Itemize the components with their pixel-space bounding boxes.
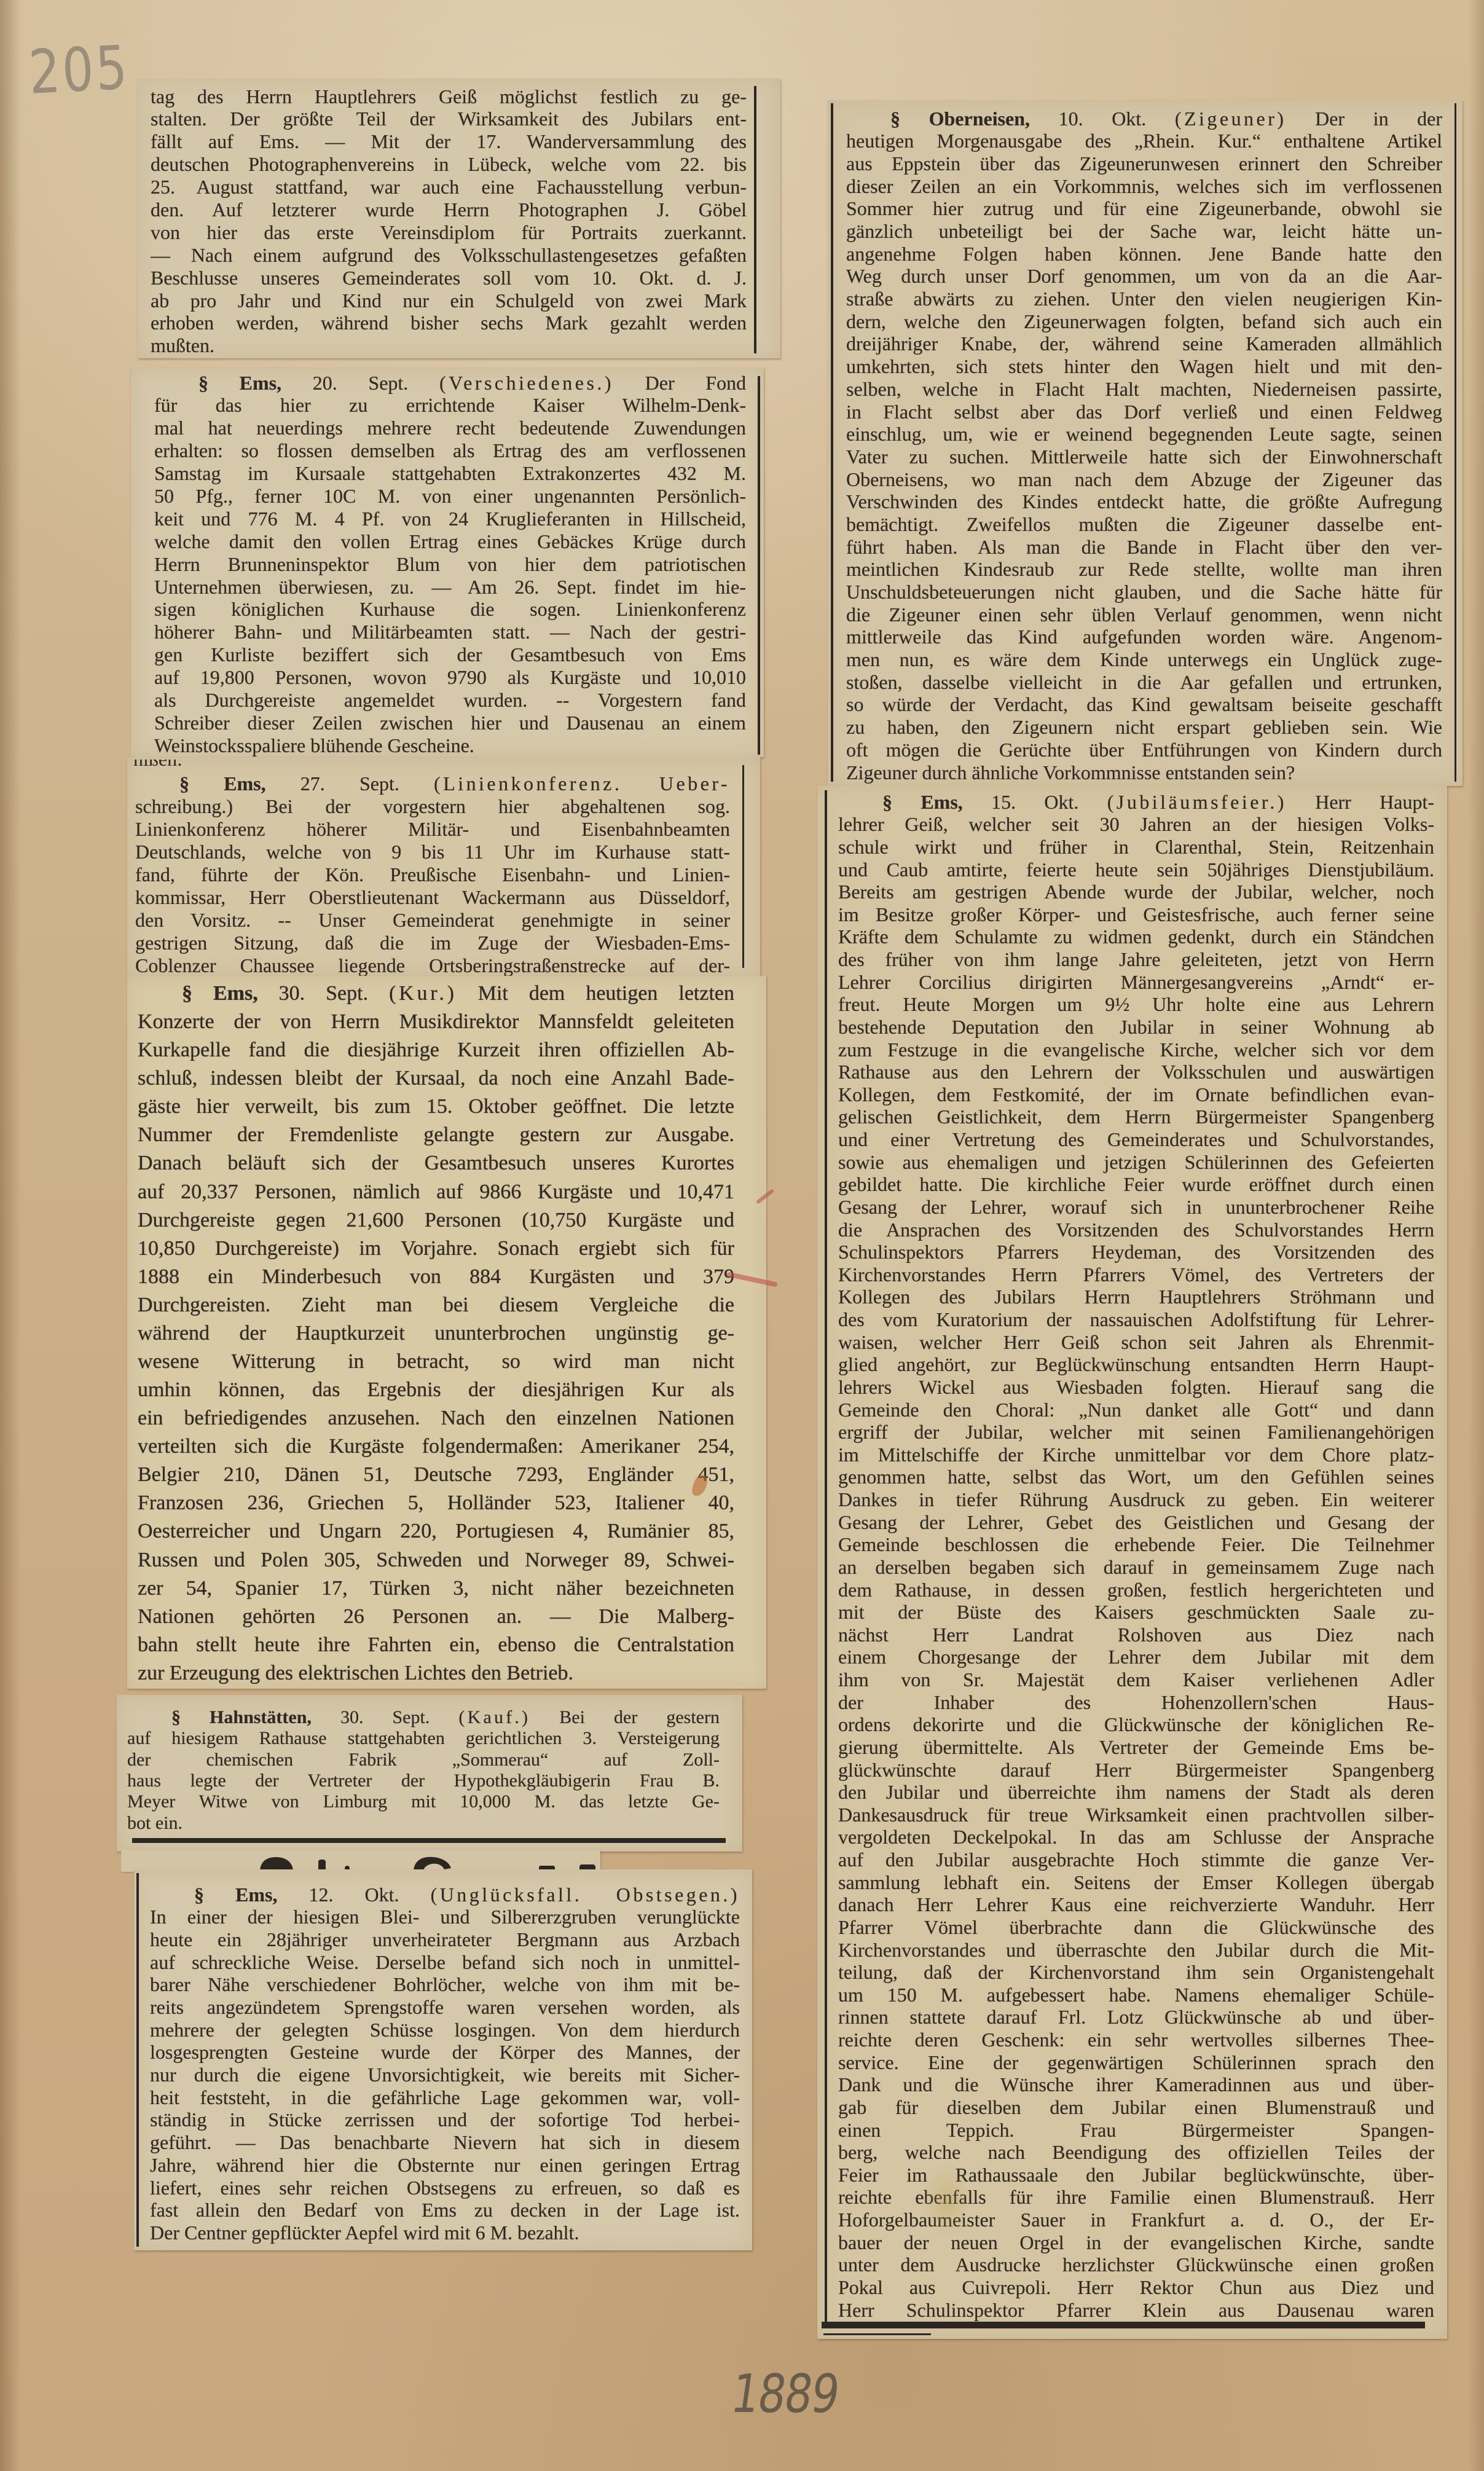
text-line: dreijähriger Knabe, der, während seine K…: [846, 332, 1442, 355]
handwritten-page-number: 205: [27, 33, 131, 108]
text-line: im Besitze großer Körper- und Geistesfri…: [838, 903, 1434, 926]
text-line: service. Eine der gegenwärtigen Schüleri…: [838, 2051, 1434, 2074]
text-line: Franzosen 236, Griechen 5, Holländer 523…: [138, 1489, 734, 1517]
text-line: Kollegen, dem Festkomité, der im Ornate …: [838, 1083, 1434, 1106]
text-line: bahn stellt heute ihre Fahrten ein, eben…: [138, 1631, 734, 1659]
text-line: umkehrten, sich stets hinter den Wagen h…: [846, 355, 1442, 378]
text-line: heutigen Morgenausgabe des „Rhein. Kur.“…: [846, 130, 1442, 152]
text-line: bestehende Deputation den Jubilar in sei…: [838, 1016, 1434, 1039]
text-line: zer 54, Spanier 17, Türken 3, nicht nähe…: [138, 1574, 734, 1603]
text-line: Beschlusse unseres Gemeinderates soll vo…: [151, 267, 747, 289]
headline-topic: (Kauf.): [458, 1707, 530, 1727]
text-line: 25. August stattfand, war auch eine Fach…: [151, 176, 747, 198]
headline-place: Ems,: [921, 791, 962, 813]
text-line: reichte deren Geschenk: ein sehr wertvol…: [838, 2029, 1434, 2051]
headline-date: 27. Sept.: [300, 772, 399, 795]
clipping-ems-27-sept: nißen: § Ems, 27. Sept. (Linienkonferenz…: [127, 757, 760, 977]
column-rule: [754, 86, 756, 353]
headline-place: Ems,: [235, 1884, 277, 1906]
text-line: fast allein den Bedarf von Ems zu decken…: [150, 2199, 740, 2222]
text-line: gab für dieselben dem Jubilar einen Blum…: [838, 2096, 1434, 2119]
headline-rest: Der Fond: [645, 372, 746, 394]
page-edge-shadow-left: [0, 0, 21, 2471]
text-line: einschlug, um, wie er weinend begegnende…: [846, 423, 1442, 446]
text-line: angenehme Folgen haben können. Jene Band…: [846, 243, 1442, 265]
text-line: Herr Schulinspektor Pfarrer Klein aus Da…: [838, 2299, 1434, 2322]
headline-place: Ems,: [240, 372, 281, 394]
text-line: Nummer der Fremdenliste gelangte gestern…: [138, 1121, 734, 1149]
text-line: oft mögen die Gerüchte über Entführungen…: [846, 739, 1442, 761]
text-line: höherer Bahn- und Militärbeamten statt. …: [154, 621, 746, 643]
text-line: die Zigeuner einen sehr üblen Verlauf ge…: [846, 603, 1442, 626]
text-line: dern, welche den Zigeunerwagen folgten, …: [846, 310, 1442, 333]
text-line: mußten.: [151, 334, 747, 357]
headline-date: 30. Sept.: [279, 982, 368, 1005]
text-line: deutschen Photographenvereins in Lübeck,…: [151, 153, 747, 176]
text-line: Herrn Brunneninspektor Blum von hier dem…: [154, 553, 746, 576]
text-line: als Durchgereiste angemeldet wurden. -- …: [154, 689, 746, 712]
headline-rest: Bei der gestern: [559, 1707, 720, 1727]
text-line: ihm von Sr. Majestät dem Kaiser verliehe…: [838, 1668, 1434, 1691]
text-line: welche damit den vollen Ertrag eines Geb…: [154, 530, 746, 553]
text-line: Belgier 210, Dänen 51, Deutsche 7293, En…: [138, 1461, 734, 1489]
text-line: heit feststeht, in die gefährliche Lage …: [150, 2086, 740, 2109]
headline-topic: (Linienkonferenz. Ueber-: [434, 772, 730, 795]
text-line: barer Nähe verschiedener Bohrlöcher, wel…: [150, 1973, 740, 1996]
text-line: Vater zu suchen. Mittlerweile hatte sich…: [846, 446, 1442, 468]
column-rule-left: [825, 790, 827, 2322]
text-line: um 150 M. aufgebessert habe. Namens ehem…: [838, 1984, 1434, 2006]
text-line: ergriff der Jubilar, welcher mit seinen …: [838, 1421, 1434, 1444]
headline-mark: §: [171, 1707, 181, 1727]
text-line: im Mittelschiffe der Kirche unmittelbar …: [838, 1444, 1434, 1466]
text-line: gierung übermittelte. Als Vertreter der …: [838, 1736, 1434, 1759]
headline-line: § Oberneisen, 10. Okt. (Zigeuner) Der in…: [846, 108, 1442, 130]
text-line: gäste hier verweilt, bis zum 15. Oktober…: [138, 1093, 734, 1121]
clipping-text: § Hahnstätten, 30. Sept. (Kauf.) Bei der…: [127, 1707, 720, 1834]
text-line: nächst Herr Landrat Rolshoven aus Diez n…: [838, 1624, 1434, 1646]
text-line: lehrer Geiß, welcher seit 30 Jahren an d…: [838, 813, 1434, 836]
text-line: Kräfte dem Schulamte zu widmen gedenkt, …: [838, 925, 1434, 948]
text-line: Oesterreicher und Ungarn 220, Portugiese…: [138, 1517, 734, 1546]
text-line: Deutschlands, welche von 9 bis 11 Uhr im…: [135, 841, 730, 863]
text-line: Kollegen des Jubilars Herrn Hauptlehrers…: [838, 1286, 1434, 1308]
text-line: Linienkonferenz höherer Militär- und Eis…: [135, 818, 730, 841]
text-line: Samstag im Kursaale stattgehabten Extrak…: [154, 462, 746, 485]
text-line: Gemeinde beschlossen die erhebende Feier…: [838, 1533, 1434, 1556]
text-line: rinnen stattete darauf Frl. Lotz Glückwü…: [838, 2006, 1434, 2029]
text-line: an derselben begaben sich darauf in geme…: [838, 1556, 1434, 1579]
text-line: auf schreckliche Weise. Derselbe befand …: [150, 1951, 740, 1974]
text-line: gestrigen Sitzung, daß die im Zuge der W…: [135, 932, 730, 954]
text-line: 1888 ein Minderbesuch von 884 Kurgästen …: [138, 1263, 734, 1291]
text-line: fand, führte der Kön. Preußische Eisenba…: [135, 863, 730, 886]
text-line: bot ein.: [127, 1813, 720, 1834]
clipping-ems-30-sept-kur: § Ems, 30. Sept. (Kur.) Mit dem heutigen…: [127, 976, 766, 1689]
text-line: losgesprengten Gesteine wurde der Körper…: [150, 2041, 740, 2064]
text-line: Kirchenvorstandes und überraschte den Ju…: [838, 1939, 1434, 1962]
text-line: schreibung.) Bei der vorgestern hier abg…: [135, 795, 730, 818]
text-line: Unternehmen überwiesen, zu. — Am 26. Sep…: [154, 576, 746, 599]
text-line: straße abwärts zu ziehen. Unter den viel…: [846, 288, 1442, 310]
text-line: glückwünschte darauf Herr Bürgermeister …: [838, 1759, 1434, 1782]
text-line: Dankes in tiefer Rührung Ausdruck zu geb…: [838, 1488, 1434, 1511]
clipping-jubilee-preparation-continuation: tag des Herrn Hauptlehrers Geiß möglichs…: [138, 79, 780, 358]
clipping-oberneisen-10-okt: § Oberneisen, 10. Okt. (Zigeuner) Der in…: [828, 100, 1462, 786]
clipping-ems-15-okt-jubilaeum: § Ems, 15. Okt. (Jubiläumsfeier.) Herr H…: [817, 785, 1447, 2339]
headline-rest: Mit dem heutigen letzten: [478, 982, 734, 1005]
text-line: kommissar, Herr Oberstlieutenant Wackerm…: [135, 886, 730, 909]
text-line: den Jubilar und überreichte ihm namens d…: [838, 1781, 1434, 1804]
headline-date: 10. Okt.: [1059, 108, 1147, 130]
clipping-hahnstaetten-30-sept: § Hahnstätten, 30. Sept. (Kauf.) Bei der…: [117, 1695, 742, 1852]
clipping-text: § Ems, 20. Sept. (Verschiedenes.) Der Fo…: [154, 372, 746, 757]
text-line: Weinstocksspaliere blühende Gescheine.: [154, 734, 746, 757]
text-line: erhalten: so flossen demselben als Ertra…: [154, 439, 746, 462]
text-line: so würde der Verdacht, das Kind gewaltsa…: [846, 693, 1442, 716]
text-line: gen Kurliste beziffert sich der Gesamtbe…: [154, 643, 746, 666]
headline-place: Ems,: [224, 772, 265, 795]
text-line: stalten. Der größte Teil der Wirksamkeit…: [151, 108, 747, 130]
text-line: haus legte der Vertreter der Hypothekglä…: [127, 1770, 720, 1791]
text-line: Schulinspektors Pfarrers Heydeman, des V…: [838, 1241, 1434, 1263]
text-line: ständig in Stücke zerrissen und der sofo…: [150, 2108, 740, 2131]
text-line: von hier das erste Vereinsdiplom für Por…: [151, 221, 747, 244]
text-line: Sommer hier zutrug und für eine Zigeuner…: [846, 197, 1442, 220]
text-line: sigen königlichen Kurhause die sogen. Li…: [154, 598, 746, 621]
text-line: für das hier zu errichtende Kaiser Wilhe…: [154, 394, 746, 417]
text-line: gänzlich unbeteiligt bei der Sache war, …: [846, 220, 1442, 243]
clipping-ems-12-okt: § Ems, 12. Okt. (Unglücksfall. Obstsegen…: [134, 1869, 752, 2250]
text-line: In einer der hiesigen Blei- und Silberer…: [150, 1906, 740, 1928]
text-line: Russen und Polen 305, Schweden und Norwe…: [138, 1546, 734, 1574]
text-line: lehrers Wickel aus Wiesbaden folgten. Hi…: [838, 1376, 1434, 1399]
text-line: die Ansprachen des Vorsitzenden des Schu…: [838, 1219, 1434, 1241]
headline-mark: §: [198, 372, 208, 394]
headline-line: § Ems, 30. Sept. (Kur.) Mit dem heutigen…: [138, 980, 734, 1008]
text-line: Weg durch unser Dorf genommen, um von da…: [846, 265, 1442, 288]
text-line: auf 20,337 Personen, nämlich auf 9866 Ku…: [138, 1178, 734, 1206]
text-line: Coblenzer Chaussee liegende Ortsberingst…: [135, 954, 730, 977]
headline-topic: (Zigeuner): [1175, 108, 1287, 130]
text-line: zum Festzuge in die evangelische Kirche,…: [838, 1039, 1434, 1061]
text-line: freut. Heute Morgen um 9½ Uhr holte eine…: [838, 993, 1434, 1016]
column-rule: [742, 765, 744, 968]
cutoff-heading-fragment: [121, 1850, 600, 1872]
clipping-text: tag des Herrn Hauptlehrers Geiß möglichs…: [151, 85, 747, 358]
headline-line: § Hahnstätten, 30. Sept. (Kauf.) Bei der…: [127, 1707, 720, 1728]
text-line: Oberneisens, wo man nach dem Abzuge der …: [846, 468, 1442, 491]
text-line: umhin können, das Ergebnis der diesjähri…: [138, 1376, 734, 1404]
headline-line: § Ems, 15. Okt. (Jubiläumsfeier.) Herr H…: [838, 791, 1434, 814]
headline-topic: (Verschiedenes.): [439, 372, 614, 394]
text-line: vergoldeten Deckelpokal. In das am Schlu…: [838, 1826, 1434, 1848]
text-line: genommen hatte, selbst das Wort, um den …: [838, 1466, 1434, 1488]
text-line: liefert, eines sehr reichen Obstsegens z…: [150, 2177, 740, 2199]
headline-rest: Der in der: [1315, 108, 1442, 130]
text-line: unter dem Ausdrucke herzlichster Glückwü…: [838, 2253, 1434, 2276]
text-line: Kirchenvorstandes Herrn Pfarrers Vömel, …: [838, 1263, 1434, 1286]
text-line: Durchgereisten. Zieht man bei diesem Ver…: [138, 1291, 734, 1319]
cutoff-text-fragment: nißen:: [133, 760, 219, 769]
text-line: mit der Büste des Kaisers geschmückten S…: [838, 1601, 1434, 1624]
text-line: ordens dekorirte und die Glückwünsche de…: [838, 1713, 1434, 1736]
text-line: meintlichen Kindesraub zur Rede stellte,…: [846, 558, 1442, 581]
text-line: sammlung lebhaft ein. Seitens der Emser …: [838, 1871, 1434, 1894]
text-line: waisen, welcher Herr Geiß schon seit Jah…: [838, 1331, 1434, 1354]
column-rule-right: [1455, 103, 1456, 782]
text-line: den. Auf letzterer wurde Herrn Photograp…: [151, 198, 747, 221]
text-line: Unschuldsbeteuerungen nicht glauben, und…: [846, 581, 1442, 603]
text-line: berg, welche nach Beendigung des offizie…: [838, 2141, 1434, 2164]
column-rule-left: [831, 103, 833, 782]
handwritten-year: 1889: [728, 2363, 842, 2425]
text-line: nur durch die eigene Unvorsichtigkeit, w…: [150, 2064, 740, 2086]
text-line: während der Hauptkurzeit ununterbrochen …: [138, 1319, 734, 1348]
text-line: erhoben werden, während bisher sechs Mar…: [151, 312, 747, 334]
cutoff-heading-glyphs: [121, 1850, 600, 1872]
page-edge-shadow-right: [1468, 0, 1484, 2471]
text-line: keit und 776 M. 4 Pf. von 24 Krugliefera…: [154, 508, 746, 530]
text-line: der chemischen Fabrik „Sommerau“ auf Zol…: [127, 1750, 720, 1770]
text-line: Pokal aus Cuivrepoli. Herr Rektor Chun a…: [838, 2276, 1434, 2299]
text-line: schule wirkt und früher in Clarenthal, S…: [838, 836, 1434, 858]
text-line: ein befriedigendes anzusehen. Nach den e…: [138, 1404, 734, 1432]
headline-line: § Ems, 20. Sept. (Verschiedenes.) Der Fo…: [154, 372, 746, 395]
text-line: wesene Witterung in betracht, so wird ma…: [138, 1348, 734, 1376]
text-line: zu haben, den Zigeunern nicht erspart ge…: [846, 716, 1442, 739]
text-line: Kurkapelle fand die diesjährige Kurzeit …: [138, 1036, 734, 1064]
text-line: Gesang der Lehrer, Gebet des Geistlichen…: [838, 1511, 1434, 1534]
text-line: schluß, indessen bleibt der Kursaal, da …: [138, 1064, 734, 1093]
text-line: Gesang der Lehrer, worauf sich in ununte…: [838, 1196, 1434, 1219]
headline-topic: (Jubiläumsfeier.): [1107, 791, 1287, 813]
text-line: mehrere der gelegten Schüsse losgingen. …: [150, 2019, 740, 2041]
text-line: Danach beläuft sich der Gesamtbesuch uns…: [138, 1149, 734, 1177]
text-line: des früher von ihm lange Jahre geleitete…: [838, 948, 1434, 971]
text-line: dieser Zeilen an ein Vorkommnis, welches…: [846, 175, 1442, 198]
text-line: bemächtigt. Zweifellos mußten die Zigeun…: [846, 513, 1442, 536]
text-line: Rathause aus den Lehrern der Volksschule…: [838, 1061, 1434, 1083]
text-line: Der Centner gepflückter Aepfel wird mit …: [150, 2222, 740, 2244]
headline-mark: §: [882, 791, 892, 813]
text-line: den Vorsitz. -- Unser Gemeinderat genehm…: [135, 909, 730, 932]
headline-topic: (Unglücksfall. Obstsegen.): [431, 1884, 740, 1906]
text-line: gebildet hatte. Die kirchliche Feier wur…: [838, 1173, 1434, 1196]
text-line: Durchgereiste gegen 21,600 Personen (10,…: [138, 1206, 734, 1235]
text-line: teilung, daß der Kirchenvorstand ihm sei…: [838, 1961, 1434, 1984]
text-line: Gemeinde den Choral: „Nun danket alle Go…: [838, 1399, 1434, 1421]
text-line: heute ein 28jähriger unverheirateter Ber…: [150, 1928, 740, 1951]
headline-mark: §: [179, 772, 189, 795]
cutoff-text: nißen:: [133, 760, 219, 769]
clipping-text: § Ems, 15. Okt. (Jubiläumsfeier.) Herr H…: [838, 791, 1434, 2322]
clipping-text: § Ems, 30. Sept. (Kur.) Mit dem heutigen…: [138, 980, 734, 1687]
text-line: führt haben. Als man die Bande in Flacht…: [846, 536, 1442, 559]
column-rule: [136, 1873, 139, 2247]
headline-rest: Herr Haupt-: [1315, 791, 1434, 813]
text-line: fällt auf Ems. — Mit der 17. Wanderversa…: [151, 130, 747, 153]
clipping-text: § Ems, 12. Okt. (Unglücksfall. Obstsegen…: [150, 1884, 740, 2244]
text-line: Verschwinden des Kindes entdeckt hatte, …: [846, 490, 1442, 513]
text-line: Lehrer Corcilius dirigirten Männergesang…: [838, 971, 1434, 994]
text-line: ab pro Jahr und Kind nur ein Schulgeld v…: [151, 289, 747, 312]
end-rule-thin: [823, 2333, 931, 2335]
text-line: der Inhaber des Hohenzollern'schen Haus-: [838, 1691, 1434, 1714]
text-line: auf den Jubilar ausgebrachte Hoch stimmt…: [838, 1848, 1434, 1871]
text-line: aus Eppstein über das Zigeunerunwesen er…: [846, 152, 1442, 175]
headline-date: 12. Okt.: [309, 1884, 399, 1906]
headline-line: § Ems, 27. Sept. (Linienkonferenz. Ueber…: [135, 772, 730, 795]
text-line: — Nach einem aufgrund des Volksschullast…: [151, 244, 747, 267]
text-line: und einer Vertretung des Gemeinderates u…: [838, 1128, 1434, 1151]
text-line: Bereits am gestrigen Abende wurde der Ju…: [838, 881, 1434, 903]
text-line: glied angehört, zur Beglückwünschung ent…: [838, 1353, 1434, 1376]
text-line: danach Herr Lehrer Kaus eine reichverzie…: [838, 1893, 1434, 1916]
text-line: und Caub amtirte, feierte heute sein 50j…: [838, 858, 1434, 881]
text-line: einem Chorgesange der Lehrer dem Jubilar…: [838, 1646, 1434, 1668]
end-rule: [132, 1838, 726, 1843]
text-line: stoßen, dasselbe vielleicht in die Aar g…: [846, 671, 1442, 694]
headline-date: 30. Sept.: [340, 1707, 430, 1727]
text-line: Jahre, während hier die Obsternte nur ei…: [150, 2154, 740, 2177]
headline-topic: (Kur.): [389, 982, 457, 1005]
text-line: selben, welche in Flacht Halt machten, N…: [846, 378, 1442, 401]
headline-place: Hahnstätten,: [210, 1707, 312, 1727]
text-line: mittlerweile das Kind aufgefunden worden…: [846, 626, 1442, 648]
headline-date: 15. Okt.: [991, 791, 1078, 813]
headline-mark: §: [182, 982, 192, 1005]
headline-line: § Ems, 12. Okt. (Unglücksfall. Obstsegen…: [150, 1884, 740, 1906]
text-line: Pfarrer Vömel überbrachte dann die Glück…: [838, 1916, 1434, 1939]
text-line: Dankesausdruck für treue Wirksamkeit ein…: [838, 1804, 1434, 1826]
text-line: sowie aus ehemaligen und jetzigen Schüle…: [838, 1151, 1434, 1174]
text-line: in Flacht selbst aber das Dorf verließ u…: [846, 401, 1442, 423]
text-line: zur Erzeugung des elektrischen Lichtes d…: [138, 1659, 734, 1687]
column-rule: [758, 376, 760, 755]
text-line: Meyer Witwe von Limburg mit 10,000 M. da…: [127, 1791, 720, 1812]
end-rule-thick: [822, 2322, 1425, 2328]
text-line: 50 Pfg., ferner 10C M. von einer ungenan…: [154, 485, 746, 508]
text-line: gelischen Geistlichkeit, dem Herrn Bürge…: [838, 1106, 1434, 1128]
text-line: tag des Herrn Hauptlehrers Geiß möglichs…: [151, 85, 747, 108]
text-line: geführt. — Das benachbarte Nievern hat s…: [150, 2131, 740, 2154]
text-line: verteilten sich die Kurgäste folgenderma…: [138, 1432, 734, 1461]
text-line: einen Teppich. Frau Bürgermeister Spange…: [838, 2119, 1434, 2142]
scrapbook-page: 205 tag des Herrn Hauptlehrers Geiß mögl…: [0, 0, 1484, 2471]
headline-place: Oberneisen,: [929, 108, 1030, 130]
text-line: dem Rathause, in dessen großen, festlich…: [838, 1579, 1434, 1601]
text-line: Zigeuner durch ähnliche Vorkommnisse ent…: [846, 761, 1442, 784]
text-line: Konzerte der von Herrn Musikdirektor Man…: [138, 1008, 734, 1036]
headline-date: 20. Sept.: [313, 372, 409, 394]
headline-place: Ems,: [213, 982, 258, 1005]
text-line: reits angezündetem Sprengstoffe waren ve…: [150, 1996, 740, 2019]
text-line: auf 19,800 Personen, wovon 9790 als Kurg…: [154, 666, 746, 689]
text-line: Dank und die Wünsche ihrer Kameradinnen …: [838, 2073, 1434, 2096]
clipping-text: § Ems, 27. Sept. (Linienkonferenz. Ueber…: [135, 772, 730, 977]
text-line: Nationen gehörten 26 Personen an. — Die …: [138, 1603, 734, 1631]
text-line: men nun, es wäre dem Kinde unterwegs ein…: [846, 648, 1442, 671]
headline-mark: §: [194, 1884, 204, 1906]
text-line: auf hiesigem Rathause stattgehabten geri…: [127, 1728, 720, 1749]
clipping-ems-20-sept: § Ems, 20. Sept. (Verschiedenes.) Der Fo…: [131, 367, 764, 757]
text-line: mal hat neuerdings mehrere recht bedeute…: [154, 417, 746, 439]
text-line: des vom Kuratorium der nassauischen Adol…: [838, 1308, 1434, 1331]
clipping-text: § Oberneisen, 10. Okt. (Zigeuner) Der in…: [846, 108, 1442, 784]
text-line: Schreiber dieser Zeilen zwischen hier un…: [154, 712, 746, 734]
headline-mark: §: [890, 108, 900, 130]
yellow-stain: [922, 2163, 971, 2240]
text-line: 10,850 Durchgereiste) im Vorjahre. Sonac…: [138, 1235, 734, 1263]
